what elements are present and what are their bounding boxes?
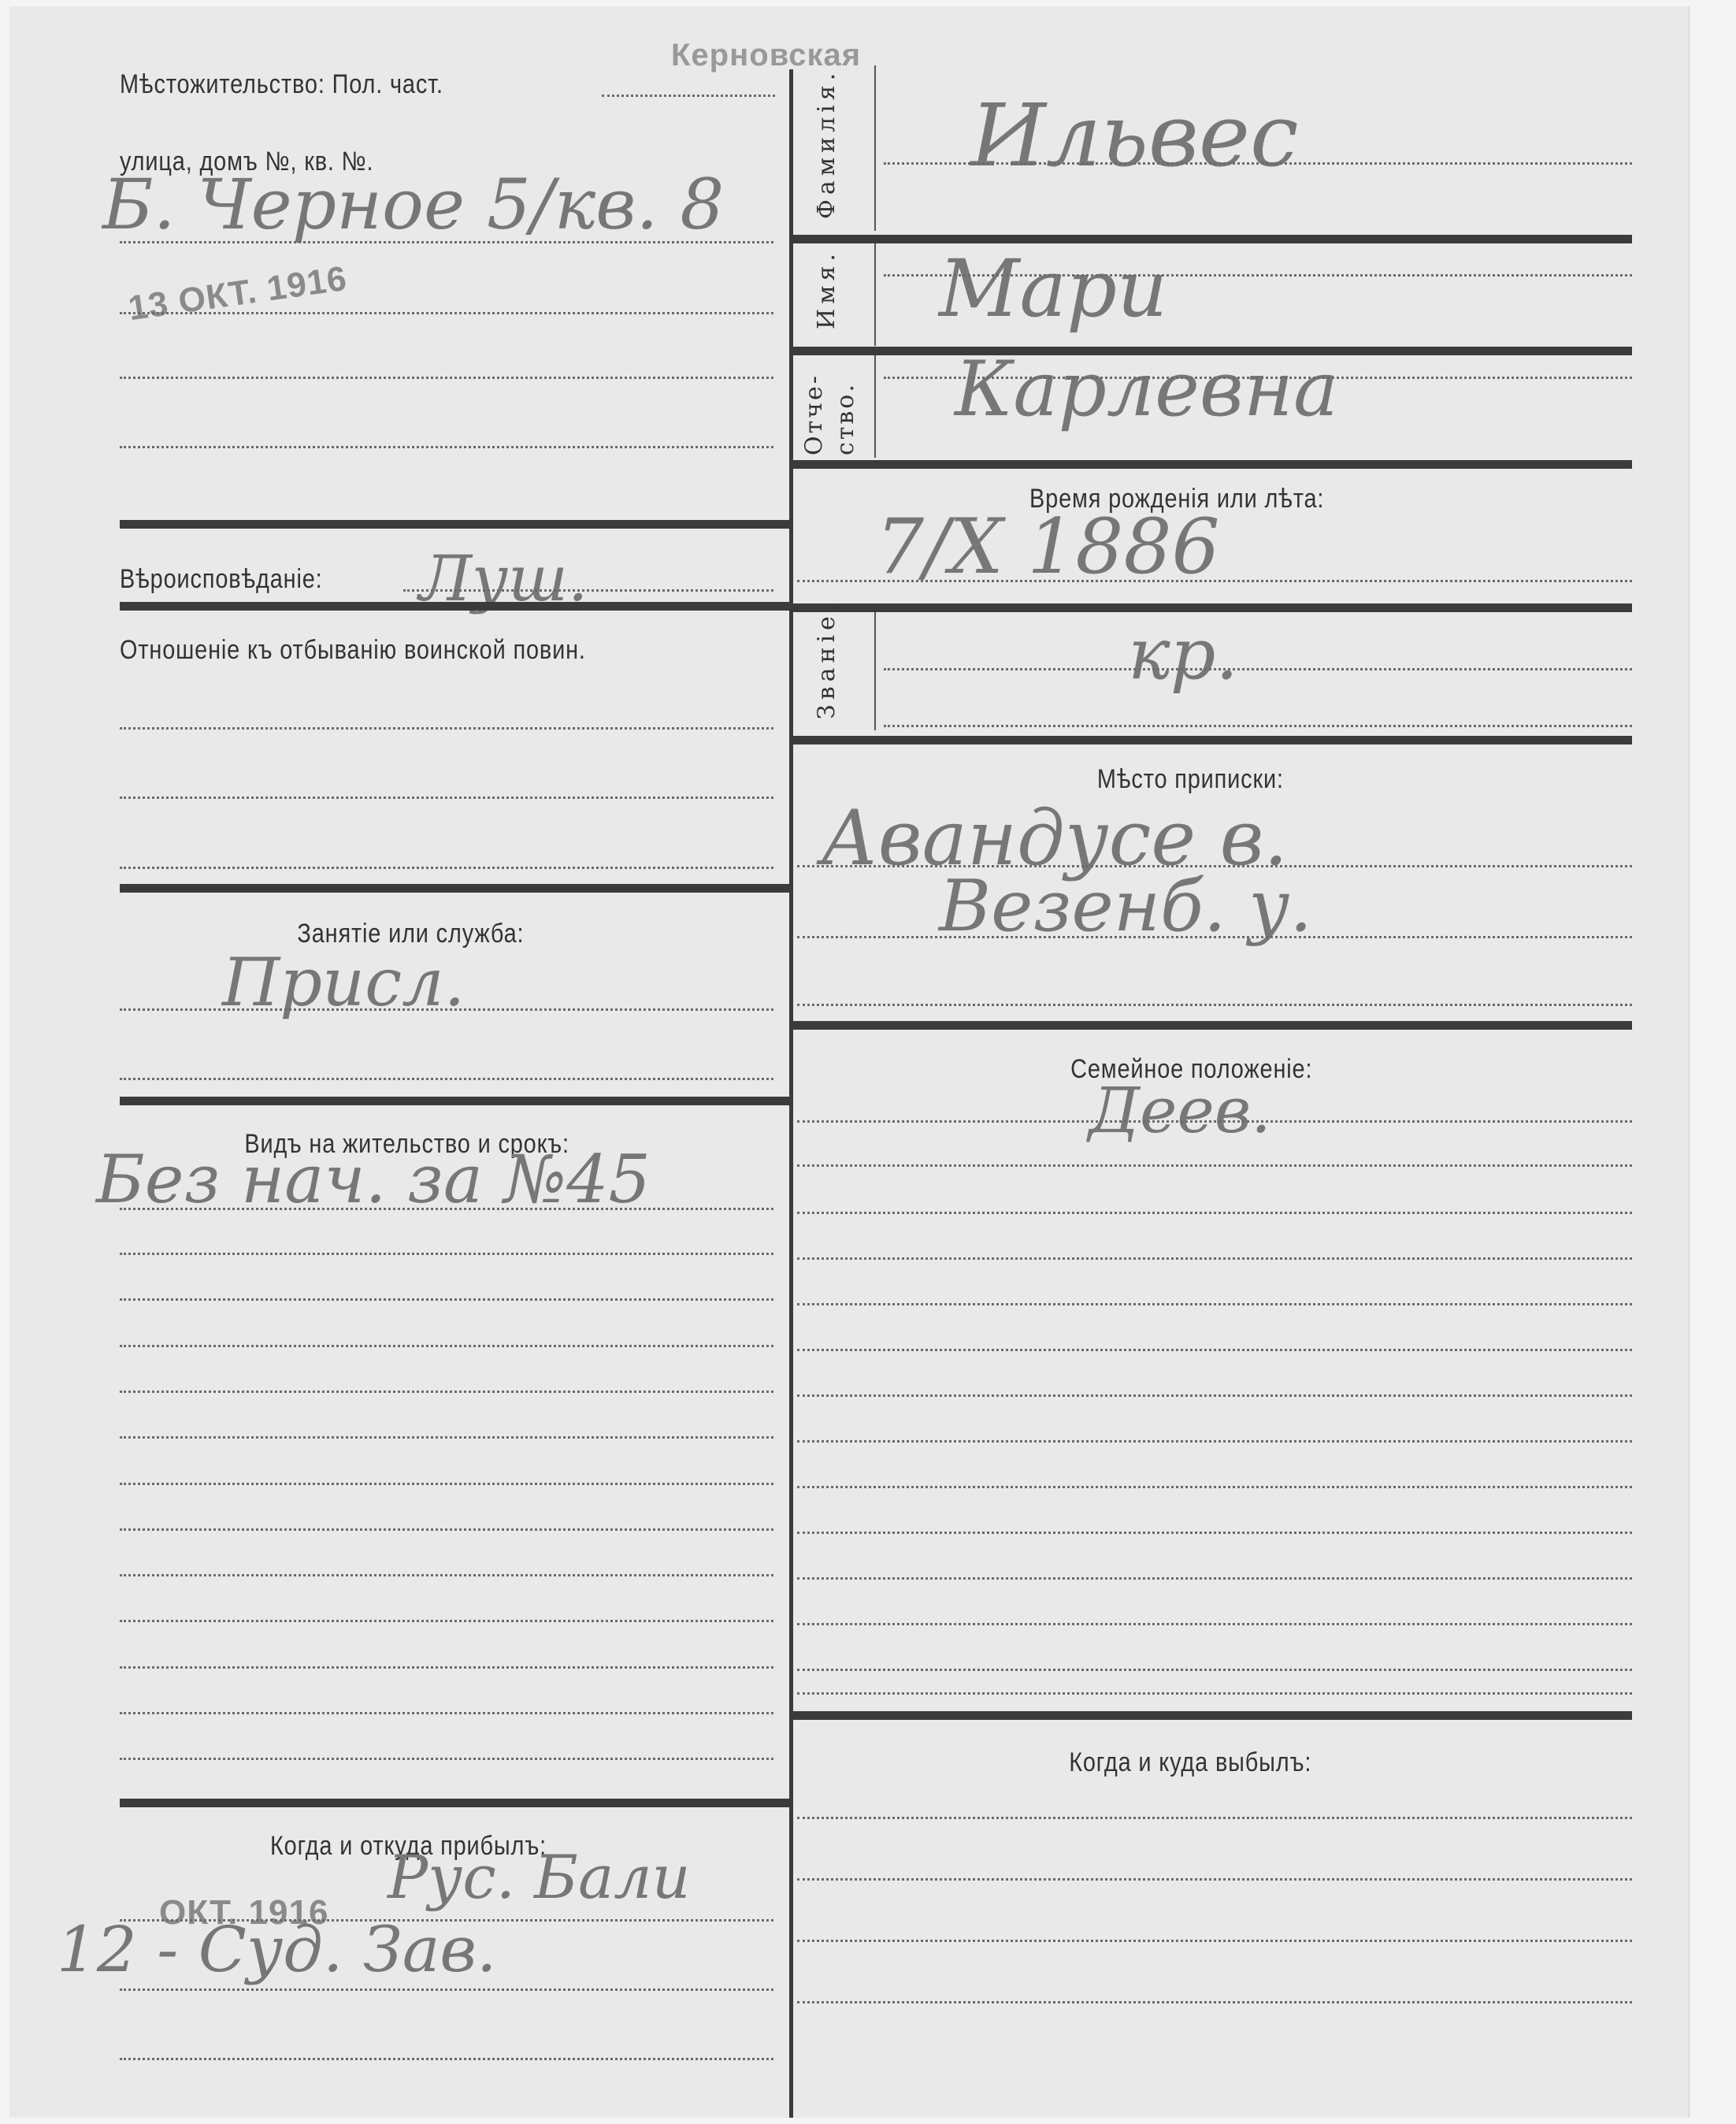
religion-label: Вѣроисповѣданіе: — [120, 564, 323, 595]
permit-line-6 — [120, 1436, 773, 1439]
residence-line-3 — [120, 377, 773, 379]
occupation-line-1 — [120, 1008, 773, 1011]
rank-label: Званіе. — [813, 600, 840, 719]
marital-line-11 — [797, 1577, 1632, 1580]
surname-label: Фамилія. — [813, 69, 840, 219]
marital-line-3 — [797, 1212, 1632, 1214]
birth-line — [797, 580, 1632, 582]
column-divider — [789, 69, 793, 2118]
permit-line-13 — [120, 1758, 773, 1760]
registration-place-label: Мѣсто приписки: — [1097, 764, 1284, 795]
permit-line-5 — [120, 1391, 773, 1393]
residence-handwritten: Б. Черное 5/кв. 8 — [102, 164, 724, 245]
marital-line-4 — [797, 1257, 1632, 1260]
marital-line-12 — [797, 1623, 1632, 1625]
departure-line-3 — [797, 1940, 1632, 1942]
section-rule — [793, 1021, 1632, 1030]
label-divider — [874, 355, 876, 458]
permit-line-10 — [120, 1620, 773, 1622]
section-rule — [793, 1711, 1632, 1720]
section-rule — [120, 602, 793, 611]
label-divider — [874, 65, 876, 231]
arrival-handwritten-line1: Рус. Бали — [388, 1842, 691, 1912]
patronymic-handwritten: Карлевна — [955, 345, 1338, 433]
permit-line-9 — [120, 1574, 773, 1576]
registration-line-3 — [797, 1004, 1632, 1006]
arrival-line-3 — [120, 2058, 773, 2060]
marital-line-8 — [797, 1440, 1632, 1443]
surname-line — [884, 162, 1632, 165]
surname-handwritten: Ильвес — [970, 85, 1299, 186]
permit-line-7 — [120, 1483, 773, 1485]
rank-line-2 — [884, 725, 1632, 727]
section-rule — [793, 736, 1632, 745]
marital-status-handwritten: Деев. — [1089, 1074, 1271, 1147]
patronymic-label-line1: Отче- — [800, 373, 828, 455]
marital-line-1 — [797, 1120, 1632, 1123]
arrival-handwritten-line2: 12 - Суд. Зав. — [57, 1913, 496, 1986]
departure-line-1 — [797, 1817, 1632, 1819]
occupation-line-2 — [120, 1078, 773, 1080]
permit-line-4 — [120, 1345, 773, 1347]
permit-line-12 — [120, 1712, 773, 1714]
marital-line-9 — [797, 1486, 1632, 1488]
permit-line-3 — [120, 1298, 773, 1301]
residence-line-4 — [120, 446, 773, 448]
departure-label: Когда и куда выбылъ: — [1069, 1747, 1311, 1778]
section-rule — [793, 460, 1632, 469]
rank-handwritten: кр. — [1128, 613, 1238, 696]
departure-line-4 — [797, 2001, 1632, 2003]
patronymic-label-line2: ство. — [832, 382, 859, 455]
registration-card: Керновская Мѣстожительство: Пол. част. у… — [9, 6, 1690, 2118]
marital-line-2 — [797, 1164, 1632, 1167]
residence-line-1 — [120, 241, 773, 243]
date-stamp-residence: 13 ОКТ. 1916 — [126, 259, 350, 329]
label-divider — [874, 612, 876, 730]
permit-line-1 — [120, 1208, 773, 1210]
marital-line-14 — [797, 1692, 1632, 1695]
label-divider — [874, 243, 876, 346]
section-rule — [793, 603, 1632, 612]
departure-line-2 — [797, 1878, 1632, 1881]
section-rule — [120, 1799, 793, 1807]
residence-permit-handwritten: Без нач. за №45 — [96, 1141, 651, 1218]
section-rule — [120, 884, 793, 893]
marital-line-10 — [797, 1532, 1632, 1534]
military-line-3 — [120, 867, 773, 869]
marital-line-7 — [797, 1394, 1632, 1397]
marital-line-13 — [797, 1669, 1632, 1671]
permit-line-2 — [120, 1253, 773, 1255]
patronymic-line — [884, 377, 1632, 379]
birth-handwritten: 7/X 1886 — [876, 503, 1220, 591]
religion-line — [403, 589, 773, 592]
rank-line-1 — [884, 668, 1632, 670]
first-name-handwritten: Мари — [939, 243, 1167, 335]
registration-line-2 — [797, 936, 1632, 938]
section-rule — [120, 520, 793, 529]
permit-line-11 — [120, 1666, 773, 1669]
section-rule — [120, 1097, 793, 1105]
residence-label: Мѣстожительство: Пол. част. — [120, 69, 443, 100]
arrival-line-2 — [120, 1988, 773, 1991]
military-service-label: Отношеніе къ отбыванію воинской повин. — [120, 635, 586, 666]
military-line-1 — [120, 727, 773, 730]
military-line-2 — [120, 796, 773, 799]
permit-line-8 — [120, 1528, 773, 1531]
marital-line-6 — [797, 1349, 1632, 1351]
first-name-line — [884, 274, 1632, 277]
section-rule — [793, 235, 1632, 243]
first-name-label: Имя. — [813, 249, 840, 329]
residence-part-line — [602, 95, 775, 97]
residence-line-2 — [120, 312, 773, 314]
marital-line-5 — [797, 1303, 1632, 1305]
